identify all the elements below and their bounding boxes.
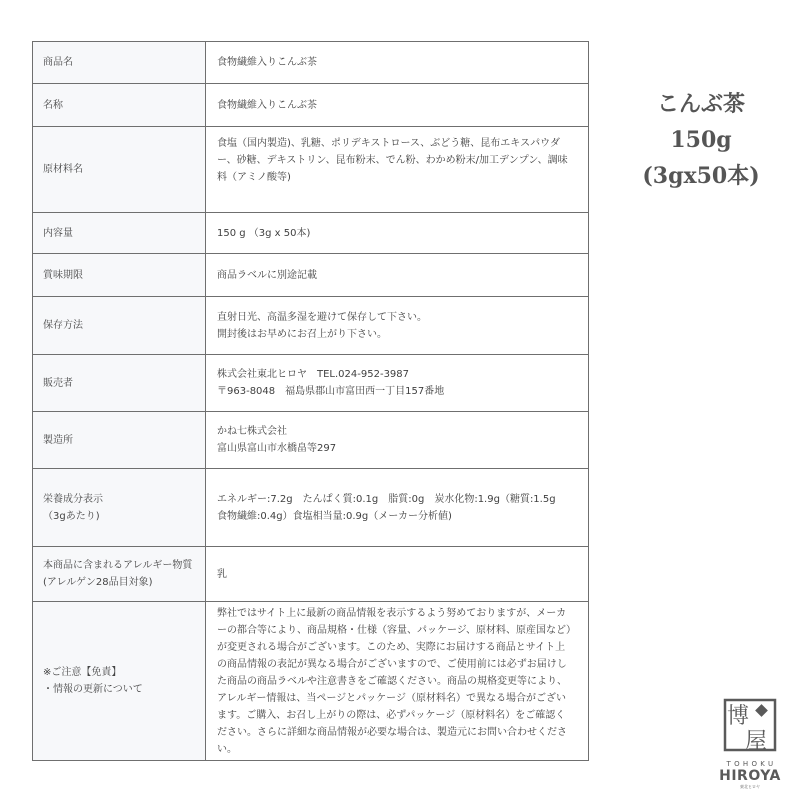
row-value: 弊社ではサイト上に最新の商品情報を表示するよう努めておりますが、メーカーの都合等…: [206, 602, 589, 761]
row-label: 栄養成分表示 （3gあたり): [33, 469, 206, 547]
row-value: エネルギー:7.2g たんぱく質:0.1g 脂質:0g 炭水化物:1.9g（糖質…: [206, 469, 589, 547]
table-row: 名称 食物繊維入りこんぶ茶: [33, 84, 589, 127]
table-row: 商品名 食物繊維入りこんぶ茶: [33, 42, 589, 84]
table-row: 保存方法 直射日光、高温多湿を避けて保存して下さい。 開封後はお早めにお召上がり…: [33, 297, 589, 355]
svg-text:博: 博: [727, 704, 749, 729]
row-value: 株式会社東北ヒロヤ TEL.024-952-3987 〒963-8048 福島県…: [206, 355, 589, 412]
table-row: 賞味期限 商品ラベルに別途記載: [33, 254, 589, 297]
logo-tohoku-text: TOHOKU: [718, 760, 782, 768]
logo-sub-text: 東北ヒロヤ: [718, 784, 782, 790]
svg-text:屋: 屋: [745, 729, 767, 752]
hiroya-logo-mark-icon: 博 屋: [723, 698, 777, 752]
table-row: 内容量 150 g （3g x 50本): [33, 213, 589, 254]
row-label: 名称: [33, 84, 206, 127]
brand-logo: 博 屋 TOHOKU HIROYA 東北ヒロヤ: [718, 698, 782, 790]
row-value: かね七株式会社 富山県富山市水橋畠等297: [206, 412, 589, 469]
row-value: 食塩（国内製造)、乳糖、ポリデキストロース、ぶどう糖、昆布エキスパウダー、砂糖、…: [206, 127, 589, 213]
headline-weight: 150g: [606, 122, 796, 158]
row-value: 乳: [206, 547, 589, 602]
row-label: 保存方法: [33, 297, 206, 355]
row-label: 販売者: [33, 355, 206, 412]
table-row: ※ご注意【免責】 ・情報の更新について 弊社ではサイト上に最新の商品情報を表示す…: [33, 602, 589, 761]
row-label: 内容量: [33, 213, 206, 254]
table-row: 原材料名 食塩（国内製造)、乳糖、ポリデキストロース、ぶどう糖、昆布エキスパウダ…: [33, 127, 589, 213]
row-value: 直射日光、高温多湿を避けて保存して下さい。 開封後はお早めにお召上がり下さい。: [206, 297, 589, 355]
headline-product-name: こんぶ茶: [606, 86, 796, 122]
table-row: 販売者 株式会社東北ヒロヤ TEL.024-952-3987 〒963-8048…: [33, 355, 589, 412]
row-label: 原材料名: [33, 127, 206, 213]
row-label: 製造所: [33, 412, 206, 469]
row-value: 150 g （3g x 50本): [206, 213, 589, 254]
table-row: 製造所 かね七株式会社 富山県富山市水橋畠等297: [33, 412, 589, 469]
row-value: 食物繊維入りこんぶ茶: [206, 42, 589, 84]
headline-pack-size: (3gx50本): [606, 158, 796, 194]
product-headline: こんぶ茶 150g (3gx50本): [606, 86, 796, 194]
row-value: 商品ラベルに別途記載: [206, 254, 589, 297]
row-label: 賞味期限: [33, 254, 206, 297]
table-row: 本商品に含まれるアレルギー物質 (アレルゲン28品目対象) 乳: [33, 547, 589, 602]
row-label: 商品名: [33, 42, 206, 84]
product-spec-table: 商品名 食物繊維入りこんぶ茶 名称 食物繊維入りこんぶ茶 原材料名 食塩（国内製…: [32, 41, 589, 761]
row-value: 食物繊維入りこんぶ茶: [206, 84, 589, 127]
row-label: 本商品に含まれるアレルギー物質 (アレルゲン28品目対象): [33, 547, 206, 602]
row-label: ※ご注意【免責】 ・情報の更新について: [33, 602, 206, 761]
logo-hiroya-text: HIROYA: [718, 768, 782, 784]
table-row: 栄養成分表示 （3gあたり) エネルギー:7.2g たんぱく質:0.1g 脂質:…: [33, 469, 589, 547]
